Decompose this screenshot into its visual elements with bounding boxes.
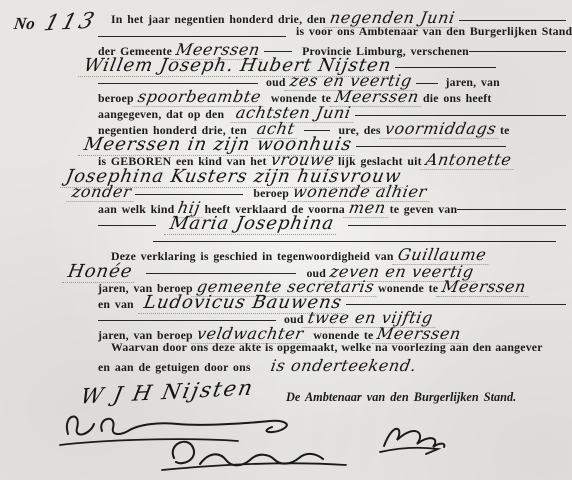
blank-rule [346, 304, 566, 305]
blank-rule [135, 194, 243, 195]
blank-rule [304, 130, 330, 131]
blank-rule [457, 209, 566, 210]
blank-rule [98, 83, 258, 84]
act-number-label: No [13, 14, 37, 34]
printed-die-ons-heeft: die ons heeft [423, 91, 492, 106]
blank-rule [98, 320, 276, 321]
printed-beroep-label2: beroep [253, 186, 289, 201]
field-names-suffix: men [343, 198, 391, 218]
blank-rule [356, 146, 506, 147]
printed-year-intro: In het jaar negentien honderd drie, den [111, 12, 326, 27]
printed-en-van: en van [98, 297, 134, 312]
printed-waarvan: Waarvan door ons deze akte is opgemaakt,… [111, 340, 543, 355]
field-birth-daypart: voormiddags [379, 119, 502, 139]
blank-rule [348, 225, 566, 226]
field-child-name: Maria Josephina [164, 213, 340, 235]
official-signature-scrawl-icon [372, 418, 464, 460]
line-municipality: der Gemeente Meerssen Provincie Limburg,… [98, 40, 566, 56]
act-number-value: 113 [41, 9, 100, 37]
line-closing2: en aan de getuigen door ons is onderteek… [98, 356, 566, 372]
act-number: No 113 [14, 10, 96, 35]
printed-beroep-label: beroep [98, 91, 134, 106]
blank-rule [98, 36, 286, 37]
line-witnesses-intro: Deze verklaring is geschied in tegenwoor… [98, 245, 566, 261]
printed-wonende-te2: wonende te [378, 281, 438, 296]
printed-te-geven-van: te geven van [390, 202, 458, 217]
field-closing-statement: is onderteekend. [265, 356, 422, 375]
printed-oud-label: oud [266, 75, 286, 90]
blank-rule [469, 51, 566, 52]
blank-rule [355, 115, 566, 116]
birth-certificate-scan: No 113 In het jaar negentien honderd dri… [0, 0, 572, 480]
printed-getuigen: en aan de getuigen door ons [98, 360, 251, 375]
printed-jaren-van: jaren, van [446, 75, 500, 90]
line-child-name: Maria Josephina [98, 213, 566, 229]
witness2-signature-scrawl-icon [160, 432, 350, 476]
line-year-date: In het jaar negentien honderd drie, den … [98, 8, 566, 24]
field-registration-date: negenden Juni [324, 8, 460, 28]
field-witness2-occupation: veldwachter [191, 324, 309, 344]
blank-rule [98, 225, 156, 226]
field-witness1-lastname: Honée [62, 261, 138, 283]
blank-rule [153, 241, 556, 242]
line-closing1: Waarvan door ons deze akte is opgemaakt,… [98, 340, 566, 356]
field-mother-occupation: zonder [66, 182, 137, 202]
field-mother-firstname: Antonette [420, 150, 517, 170]
blank-rule [264, 51, 292, 52]
blank-rule [395, 67, 496, 68]
printed-aan-welk-kind: aan welk kind [98, 202, 174, 217]
field-witness2-residence: Meerssen [372, 324, 467, 344]
printed-te: te [500, 123, 510, 138]
official-title: De Ambtenaar van den Burgerlijken Stand. [286, 390, 516, 405]
line-declarant-name: Willem Joseph. Hubert Nijsten [98, 55, 566, 71]
signature-block: W J H Nijsten De Ambtenaar van den Burge… [0, 374, 572, 480]
printed-aangegeven: aangegeven, dat op den [98, 107, 224, 122]
blank-rule [416, 83, 438, 84]
blank-rule [459, 20, 566, 21]
line-witness1-occupation: jaren, van beroep gemeente secretaris wo… [98, 277, 566, 293]
field-witness1-residence: Meerssen [436, 277, 531, 297]
blank-rule [146, 273, 296, 274]
act-body: In het jaar negentien honderd drie, den … [98, 8, 566, 371]
